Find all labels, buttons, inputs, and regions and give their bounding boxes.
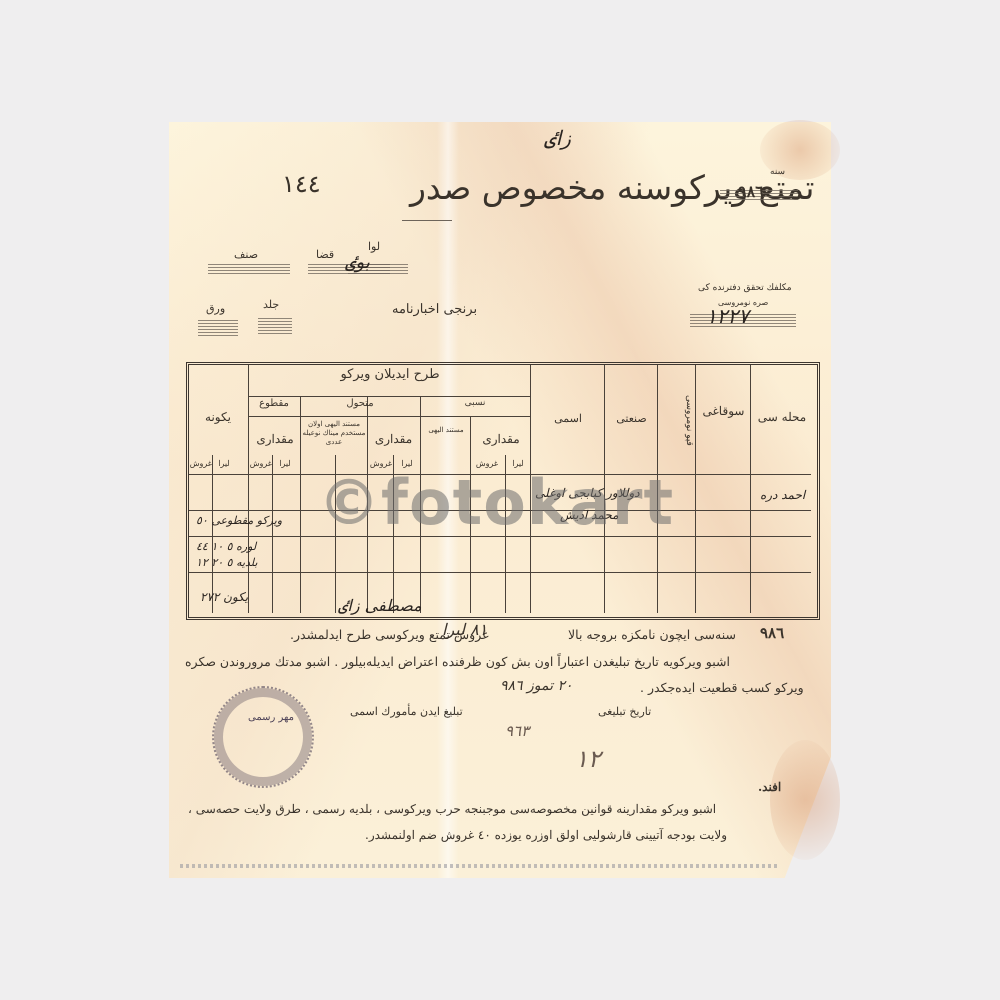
col-ism: اسمی [532, 412, 604, 425]
year-value: ٩٨٦ [738, 182, 764, 201]
officer-name-label: تبلیغ ایدن مأمورك اسمی [350, 705, 463, 718]
sinf-box [208, 264, 290, 276]
handwritten-mark: ٩٦٣ [505, 722, 529, 740]
register-label-line1: مكلفك تحقق دفترنده كی [698, 283, 792, 293]
paragraph1-text-a: سنه‌سی ایچون نامكزه بروجه بالا [568, 627, 736, 642]
paragraph1-text-b: غروش تمتع ویركوسی طرح ایدلمشدر. [290, 627, 489, 642]
title-divider [402, 220, 452, 221]
col-yekun: یكونه [189, 410, 247, 424]
note-line1: اشبو ویركو مقدارینه قوانین مخصوصه‌سی موج… [188, 802, 716, 816]
col-maktu: مقطوع [248, 398, 300, 409]
cild-box [258, 318, 292, 334]
handwritten-top-note: زاٸ [544, 126, 571, 150]
handwritten-mark: ١٢ [575, 745, 601, 773]
cild-label: جلد [263, 298, 279, 311]
total-line-4: یكون ٢٧٢ [200, 590, 248, 604]
year-label: سنه [770, 167, 785, 177]
title-number: ١٤٤ [282, 170, 321, 198]
total-line-1: ویركو مقطوعی ٥٠ [196, 514, 282, 527]
seal-label: مهر رسمی [248, 712, 294, 723]
varak-box [198, 320, 238, 336]
unit-lira: لیرا [214, 459, 234, 468]
paragraph3-date: ٢٠ تموز ٩٨٦ [500, 678, 573, 694]
register-value: ١٢٢٧ [706, 304, 749, 328]
note-heading: افند. [758, 780, 781, 794]
total-line-3: بلدیه ٥ ٢٠ ١٢ [196, 556, 258, 569]
mutehavvil-amount: مقداری [367, 432, 420, 446]
paragraph1-year: ٩٨٦ [760, 624, 784, 642]
varak-label: ورق [206, 302, 225, 315]
col-sanat: صنعتی [606, 412, 657, 425]
paragraph2: اشبو ویركویه تاریخ تبلیغدن اعتباراً اون … [185, 654, 730, 669]
col-nisbi: نسبی [420, 398, 530, 408]
official-seal [212, 686, 314, 788]
table-group-header: طرح ایدیلان ویرکو [250, 367, 530, 382]
col-sokak: سوقاغی [697, 404, 750, 418]
unit-kurus: غروش [192, 459, 212, 468]
note-line2: ولایت بودجه آتیینی قارشولیی اولق اوزره ی… [365, 828, 727, 842]
table-grid-line [695, 365, 696, 613]
notification-date-label: تاریخ تبلیغی [598, 705, 651, 718]
mutehavvil-basis: مستند الیهی اولان مستخدم میناك نوعیله عد… [302, 420, 366, 447]
col-door-number: قپو نومروسی [660, 380, 694, 460]
entry-mahalle: احمد دره [760, 488, 805, 502]
decorative-border [180, 864, 780, 868]
table-grid-line [248, 396, 530, 397]
liva-value: بوٸ [345, 252, 370, 273]
table-grid-line [750, 365, 751, 613]
table-grid-line [272, 455, 273, 613]
total-line-2: لوره ٥ ١٠ ٤٤ [196, 540, 256, 553]
table-grid-line [248, 416, 530, 417]
maktu-amount: مقداری [250, 432, 300, 446]
table-grid-line [300, 397, 301, 613]
table-grid-line [189, 572, 811, 573]
handwritten-signature: مصطفی زاٸ [338, 596, 422, 615]
unit-lira: لیرا [274, 459, 296, 468]
unit-kurus: غروش [250, 459, 272, 468]
nisbi-amount: مقداری [472, 432, 530, 446]
nisbi-basis: مستند الیهی [422, 426, 470, 434]
col-mahalle: محله سی [752, 410, 812, 424]
sinf-label: صنف [234, 248, 258, 261]
paragraph3: ویركو كسب قطعیت ایده‌جكدر . [640, 680, 804, 695]
col-mutehavvil: متحول [300, 398, 420, 409]
notice-type: برنجی اخبارنامه [392, 302, 477, 317]
kaza-label: قضا [316, 248, 334, 261]
watermark: ©fotokart [318, 466, 674, 539]
stain [770, 740, 840, 860]
